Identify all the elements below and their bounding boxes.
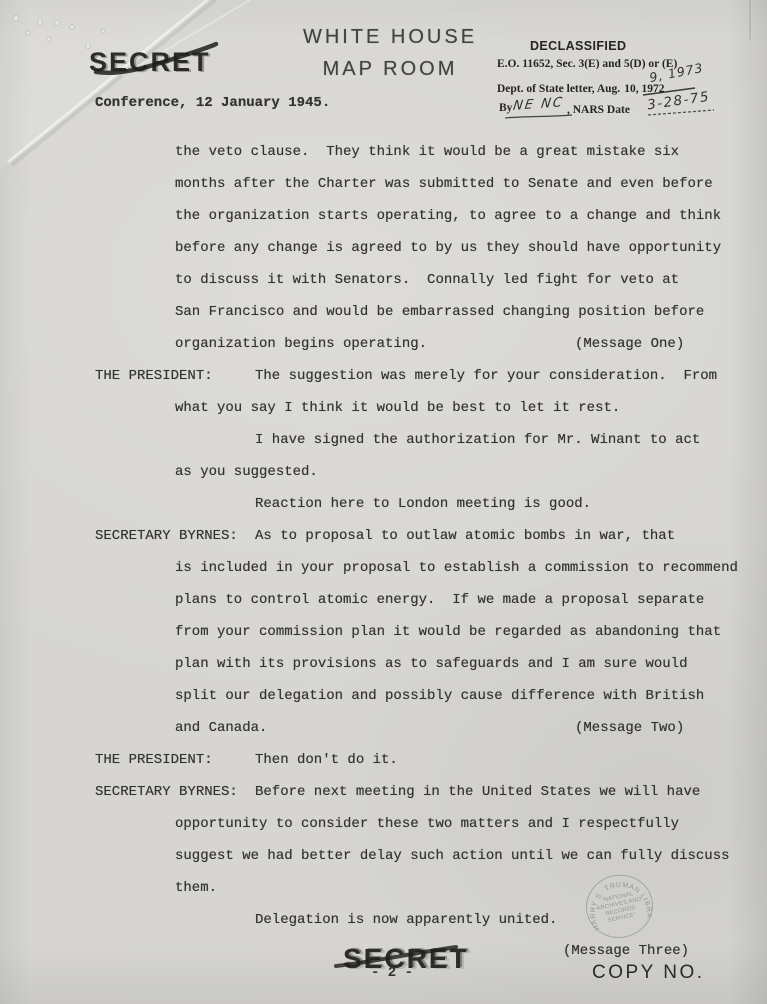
message-note: (Message Two) [575,720,684,736]
line-text: As to proposal to outlaw atomic bombs in… [255,528,675,544]
line-text: plan with its provisions as to safeguard… [175,656,687,672]
line-text: as you suggested. [175,464,318,480]
speaker-label: SECRETARY BYRNES: [95,784,238,800]
line-text: San Francisco and would be embarrassed c… [175,304,704,320]
document-body: the veto clause. They think it would be … [0,0,767,1004]
line-text: suggest we had better delay such action … [175,848,730,864]
copy-number-label: COPY NO. [592,962,705,984]
page-number: - 2 - [371,965,413,981]
line-text: opportunity to consider these two matter… [175,816,679,832]
speaker-label: THE PRESIDENT: [95,368,213,384]
line-text: is included in your proposal to establis… [175,560,738,576]
line-text: Before next meeting in the United States… [255,784,700,800]
document-line: months after the Charter was submitted t… [0,176,767,198]
document-page: SECRET WHITE HOUSE MAP ROOM Conference, … [0,0,767,1004]
line-text: plans to control atomic energy. If we ma… [175,592,704,608]
speaker-label: SECRETARY BYRNES: [95,528,238,544]
line-text: Then don't do it. [255,752,398,768]
document-line: THE PRESIDENT: Then don't do it. [0,752,767,774]
document-line: and Canada. (Message Two) [0,720,767,742]
line-text: I have signed the authorization for Mr. … [255,432,700,448]
document-line: SECRETARY BYRNES: As to proposal to outl… [0,528,767,550]
line-text: organization begins operating. [175,336,427,352]
line-text: The suggestion was merely for your consi… [255,368,717,384]
line-text: before any change is agreed to by us the… [175,240,721,256]
document-line: what you say I think it would be best to… [0,400,767,422]
document-line: as you suggested. [0,464,767,486]
line-text: and Canada. [175,720,267,736]
document-line: I have signed the authorization for Mr. … [0,432,767,454]
line-text: Delegation is now apparently united. [255,912,557,928]
document-line: the organization starts operating, to ag… [0,208,767,230]
line-text: to discuss it with Senators. Connally le… [175,272,679,288]
document-line: SECRETARY BYRNES: Before next meeting in… [0,784,767,806]
document-line: split our delegation and possibly cause … [0,688,767,710]
document-line: Reaction here to London meeting is good. [0,496,767,518]
document-line: plan with its provisions as to safeguard… [0,656,767,678]
document-line: from your commission plan it would be re… [0,624,767,646]
line-text: Reaction here to London meeting is good. [255,496,591,512]
line-text: from your commission plan it would be re… [175,624,721,640]
document-line: THE PRESIDENT: The suggestion was merely… [0,368,767,390]
document-line: before any change is agreed to by us the… [0,240,767,262]
line-text: them. [175,880,217,896]
speaker-label: THE PRESIDENT: [95,752,213,768]
line-text: months after the Charter was submitted t… [175,176,713,192]
document-line: organization begins operating. (Message … [0,336,767,358]
document-line: opportunity to consider these two matter… [0,816,767,838]
line-text: the veto clause. They think it would be … [175,144,679,160]
line-text: what you say I think it would be best to… [175,400,620,416]
document-line: to discuss it with Senators. Connally le… [0,272,767,294]
document-line: San Francisco and would be embarrassed c… [0,304,767,326]
line-text: split our delegation and possibly cause … [175,688,704,704]
message-note: (Message One) [575,336,684,352]
line-text: the organization starts operating, to ag… [175,208,721,224]
document-line: is included in your proposal to establis… [0,560,767,582]
document-line: the veto clause. They think it would be … [0,144,767,166]
document-line: plans to control atomic energy. If we ma… [0,592,767,614]
